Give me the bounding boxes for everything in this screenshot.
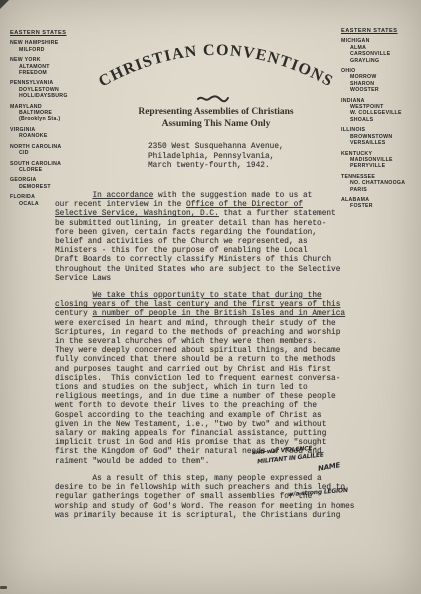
letterhead-title-arc: CHRISTIAN CONVENTIONS (92, 30, 340, 104)
body-text-segment: be submitted outlining, in greater detai… (55, 220, 326, 228)
body-text-segment: went forth to devote their lives to the … (55, 402, 317, 410)
body-text-segment: Scriptures, in regard to the methods of … (55, 329, 340, 337)
body-text-segment: raiment "would be added to them". (55, 458, 209, 466)
body-text-segment: religious meetings, and in due time a nu… (55, 393, 336, 401)
body-line: tions and studies on the subject, which … (55, 384, 359, 393)
body-text-segment: in the several churches of which they we… (55, 338, 317, 346)
body-text-segment: fore been given, certain facts regarding… (55, 229, 317, 237)
body-text-segment: We take this opportunity to state that d… (92, 292, 321, 300)
body-text-segment: worship and study of God's Word. The rea… (55, 503, 354, 511)
body-line: were exercised in heart and mind, throug… (55, 320, 359, 329)
body-text: In accordance with the suggestion made t… (55, 192, 359, 529)
body-paragraph: As a result of this step, many people ex… (55, 475, 359, 521)
sidebar-city-name: CLOREE (10, 167, 88, 173)
left-sidebar: EASTERN STATES NEW HAMPSHIREMILFORDNEW Y… (10, 30, 88, 207)
body-line: Draft Boards to correctly classify Minis… (55, 256, 359, 265)
body-text-segment: salary or making appeals for financial a… (55, 430, 326, 438)
body-text-segment: Selective Service, Washington, D.C. (55, 210, 219, 218)
edge-ink-speck (0, 586, 7, 589)
body-text-segment: century (55, 310, 92, 318)
sidebar-city-name: HOLLIDAYSBURG (10, 93, 88, 99)
sidebar-city-name: ROANOKE (10, 133, 88, 139)
left-sidebar-list: NEW HAMPSHIREMILFORDNEW YORKALTAMONTFREE… (10, 40, 88, 207)
body-text-segment: our recent interview in the (55, 201, 186, 209)
corner-fold-mark (0, 0, 9, 9)
sidebar-city-name: CID (10, 150, 88, 156)
body-text-segment: Service Laws (55, 275, 111, 283)
body-text-segment: fully convinced that there should be a r… (55, 356, 336, 364)
body-text-segment: Gospel according to the teaching and exa… (55, 412, 322, 420)
body-text-segment: a number of people in the British Isles … (92, 310, 345, 318)
body-text-segment: tions and studies on the subject, which … (55, 384, 308, 392)
document-page: EASTERN STATES NEW HAMPSHIREMILFORDNEW Y… (0, 0, 421, 594)
body-text-segment: belief and activities of the Church we r… (55, 238, 308, 246)
body-line: throughout the United States who are sub… (55, 266, 359, 275)
body-paragraph: In accordance with the suggestion made t… (55, 192, 359, 284)
body-text-segment: They were deeply concerned about spiritu… (55, 347, 340, 355)
body-line: Scriptures, in regard to the methods of … (55, 329, 359, 338)
body-text-segment: and purposes taught and carried out by C… (55, 366, 331, 374)
right-sidebar-header: EASTERN STATES (341, 28, 419, 34)
sidebar-city-name: WOOSTER (341, 87, 419, 93)
sidebar-city-name: GRAYLING (341, 58, 419, 64)
svg-text:CHRISTIAN CONVENTIONS: CHRISTIAN CONVENTIONS (96, 42, 336, 91)
body-line: given in the New Testament, i.e., "two b… (55, 421, 359, 430)
body-line: Service Laws (55, 275, 359, 284)
sidebar-city-name: SHOALS (341, 117, 419, 123)
body-text-segment: Draft Boards to correctly classify Minis… (55, 256, 331, 264)
body-text-segment: regular gatherings together of small ass… (55, 493, 312, 501)
body-line: be submitted outlining, in greater detai… (55, 220, 359, 229)
body-line: fully convinced that there should be a r… (55, 356, 359, 365)
body-line: belief and activities of the Church we r… (55, 238, 359, 247)
flourish-icon (196, 94, 230, 103)
body-line: As a result of this step, many people ex… (55, 475, 359, 484)
sidebar-city-name: (Brooklyn Sta.) (10, 116, 88, 122)
body-text-segment: were exercised in heart and mind, throug… (55, 320, 336, 328)
body-text-segment: As a result of this step, many people ex… (55, 475, 322, 483)
sidebar-city-name: DEMOREST (10, 184, 88, 190)
body-text-segment: that a further statement (219, 210, 336, 218)
body-text-segment (55, 192, 92, 200)
address-block: 2350 West Susquehanna Avenue, Philadelph… (148, 143, 284, 172)
body-line: was primarily because it is scriptural, … (55, 512, 359, 521)
address-line-3: March twenty-fourth, 1942. (148, 162, 284, 172)
body-line: disciples. This conviction led to freque… (55, 375, 359, 384)
body-line: Selective Service, Washington, D.C. that… (55, 210, 359, 219)
body-line: salary or making appeals for financial a… (55, 430, 359, 439)
body-line: and purposes taught and carried out by C… (55, 366, 359, 375)
body-text-segment: Ministers - this for the purpose of enab… (55, 247, 308, 255)
letterhead-title: CHRISTIAN CONVENTIONS (96, 42, 336, 91)
sidebar-city-name: PERRYVILLE (341, 163, 419, 169)
body-text-segment: disciples. This conviction led to freque… (55, 375, 340, 383)
body-text-segment: throughout the United States who are sub… (55, 266, 340, 274)
body-text-segment: given in the New Testament, i.e., "two b… (55, 421, 326, 429)
body-line: fore been given, certain facts regarding… (55, 229, 359, 238)
letterhead-subtitle: Representing Assemblies of Christians As… (92, 106, 340, 130)
right-sidebar: EASTERN STATES MICHIGANALMACARSONVILLEGR… (341, 28, 419, 210)
sidebar-city-name: MILFORD (10, 47, 88, 53)
body-text-segment: was primarily because it is scriptural, … (55, 512, 340, 520)
body-line: century a number of people in the Britis… (55, 310, 359, 319)
body-line: in the several churches of which they we… (55, 338, 359, 347)
sidebar-city-name: FREEDOM (10, 70, 88, 76)
right-sidebar-list: MICHIGANALMACARSONVILLEGRAYLINGOHIOMORRO… (341, 38, 419, 209)
body-text-segment: In accordance (92, 192, 153, 200)
body-line: Gospel according to the teaching and exa… (55, 412, 359, 421)
body-text-segment: Office of the Director of (186, 201, 303, 209)
body-line: went forth to devote their lives to the … (55, 402, 359, 411)
address-line-2: Philadelphia, Pennsylvania, (148, 153, 284, 163)
body-text-segment: closing years of the last century and th… (55, 301, 340, 309)
subtitle-line-2: Assuming This Name Only (92, 118, 340, 130)
body-line: worship and study of God's Word. The rea… (55, 503, 359, 512)
body-line: We take this opportunity to state that d… (55, 292, 359, 301)
body-text-segment: with the suggestion made to us at (153, 192, 312, 200)
sidebar-city-name: VERSAILLES (341, 140, 419, 146)
address-line-1: 2350 West Susquehanna Avenue, (148, 143, 284, 153)
left-sidebar-header: EASTERN STATES (10, 30, 88, 36)
body-paragraph: We take this opportunity to state that d… (55, 292, 359, 467)
body-line: In accordance with the suggestion made t… (55, 192, 359, 201)
subtitle-line-1: Representing Assemblies of Christians (92, 106, 340, 118)
body-text-segment (55, 292, 92, 300)
